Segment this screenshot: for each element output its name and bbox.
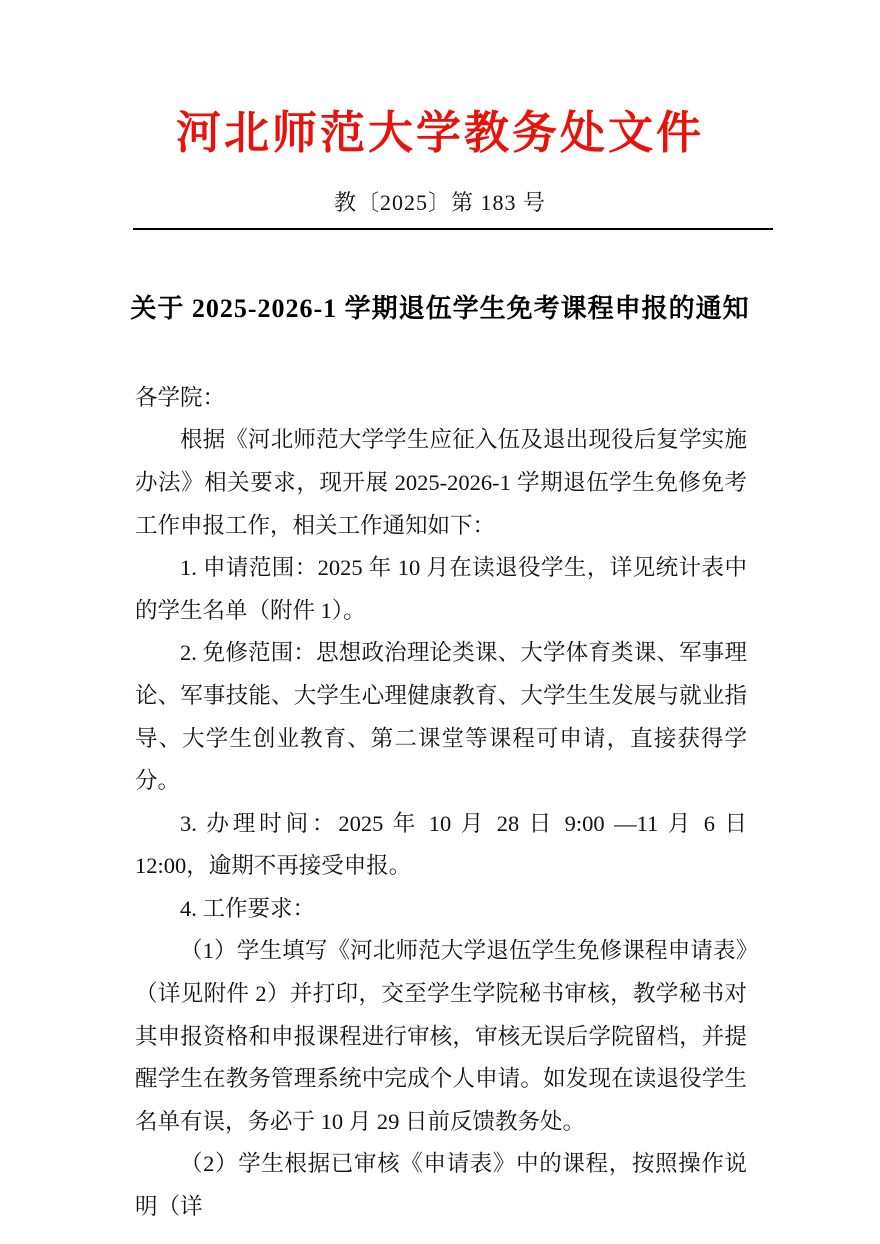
paragraph-requirement-1: （1）学生填写《河北师范大学退伍学生免修课程申请表》（详见附件 2）并打印，交至… — [135, 930, 747, 1143]
doc-number: 教〔2025〕第 183 号 — [0, 186, 880, 217]
notice-title: 关于 2025-2026-1 学期退伍学生免考课程申报的通知 — [0, 288, 880, 325]
paragraph-item-2-exemption-scope: 2. 免修范围：思想政治理论类课、大学体育类课、军事理论、军事技能、大学生心理健… — [135, 632, 747, 802]
paragraph-item-1-application-scope: 1. 申请范围：2025 年 10 月在读退役学生，详见统计表中的学生名单（附件… — [135, 547, 747, 632]
document-page: 河北师范大学教务处文件 教〔2025〕第 183 号 关于 2025-2026-… — [0, 0, 880, 1244]
paragraph-item-3-processing-time: 3. 办理时间：2025 年 10 月 28 日 9:00 —11 月 6 日 … — [135, 803, 747, 888]
letterhead-divider — [133, 228, 773, 230]
org-title: 河北师范大学教务处文件 — [0, 108, 880, 160]
paragraph-intro: 根据《河北师范大学学生应征入伍及退出现役后复学实施办法》相关要求，现开展 202… — [135, 419, 747, 547]
paragraph-requirement-2-truncated: （2）学生根据已审核《申请表》中的课程，按照操作说明（详 — [135, 1143, 747, 1228]
letterhead: 河北师范大学教务处文件 教〔2025〕第 183 号 — [0, 0, 880, 230]
paragraph-item-4-work-requirements: 4. 工作要求： — [135, 888, 747, 931]
notice-body: 各学院： 根据《河北师范大学学生应征入伍及退出现役后复学实施办法》相关要求，现开… — [135, 377, 747, 1229]
salutation: 各学院： — [135, 377, 747, 420]
